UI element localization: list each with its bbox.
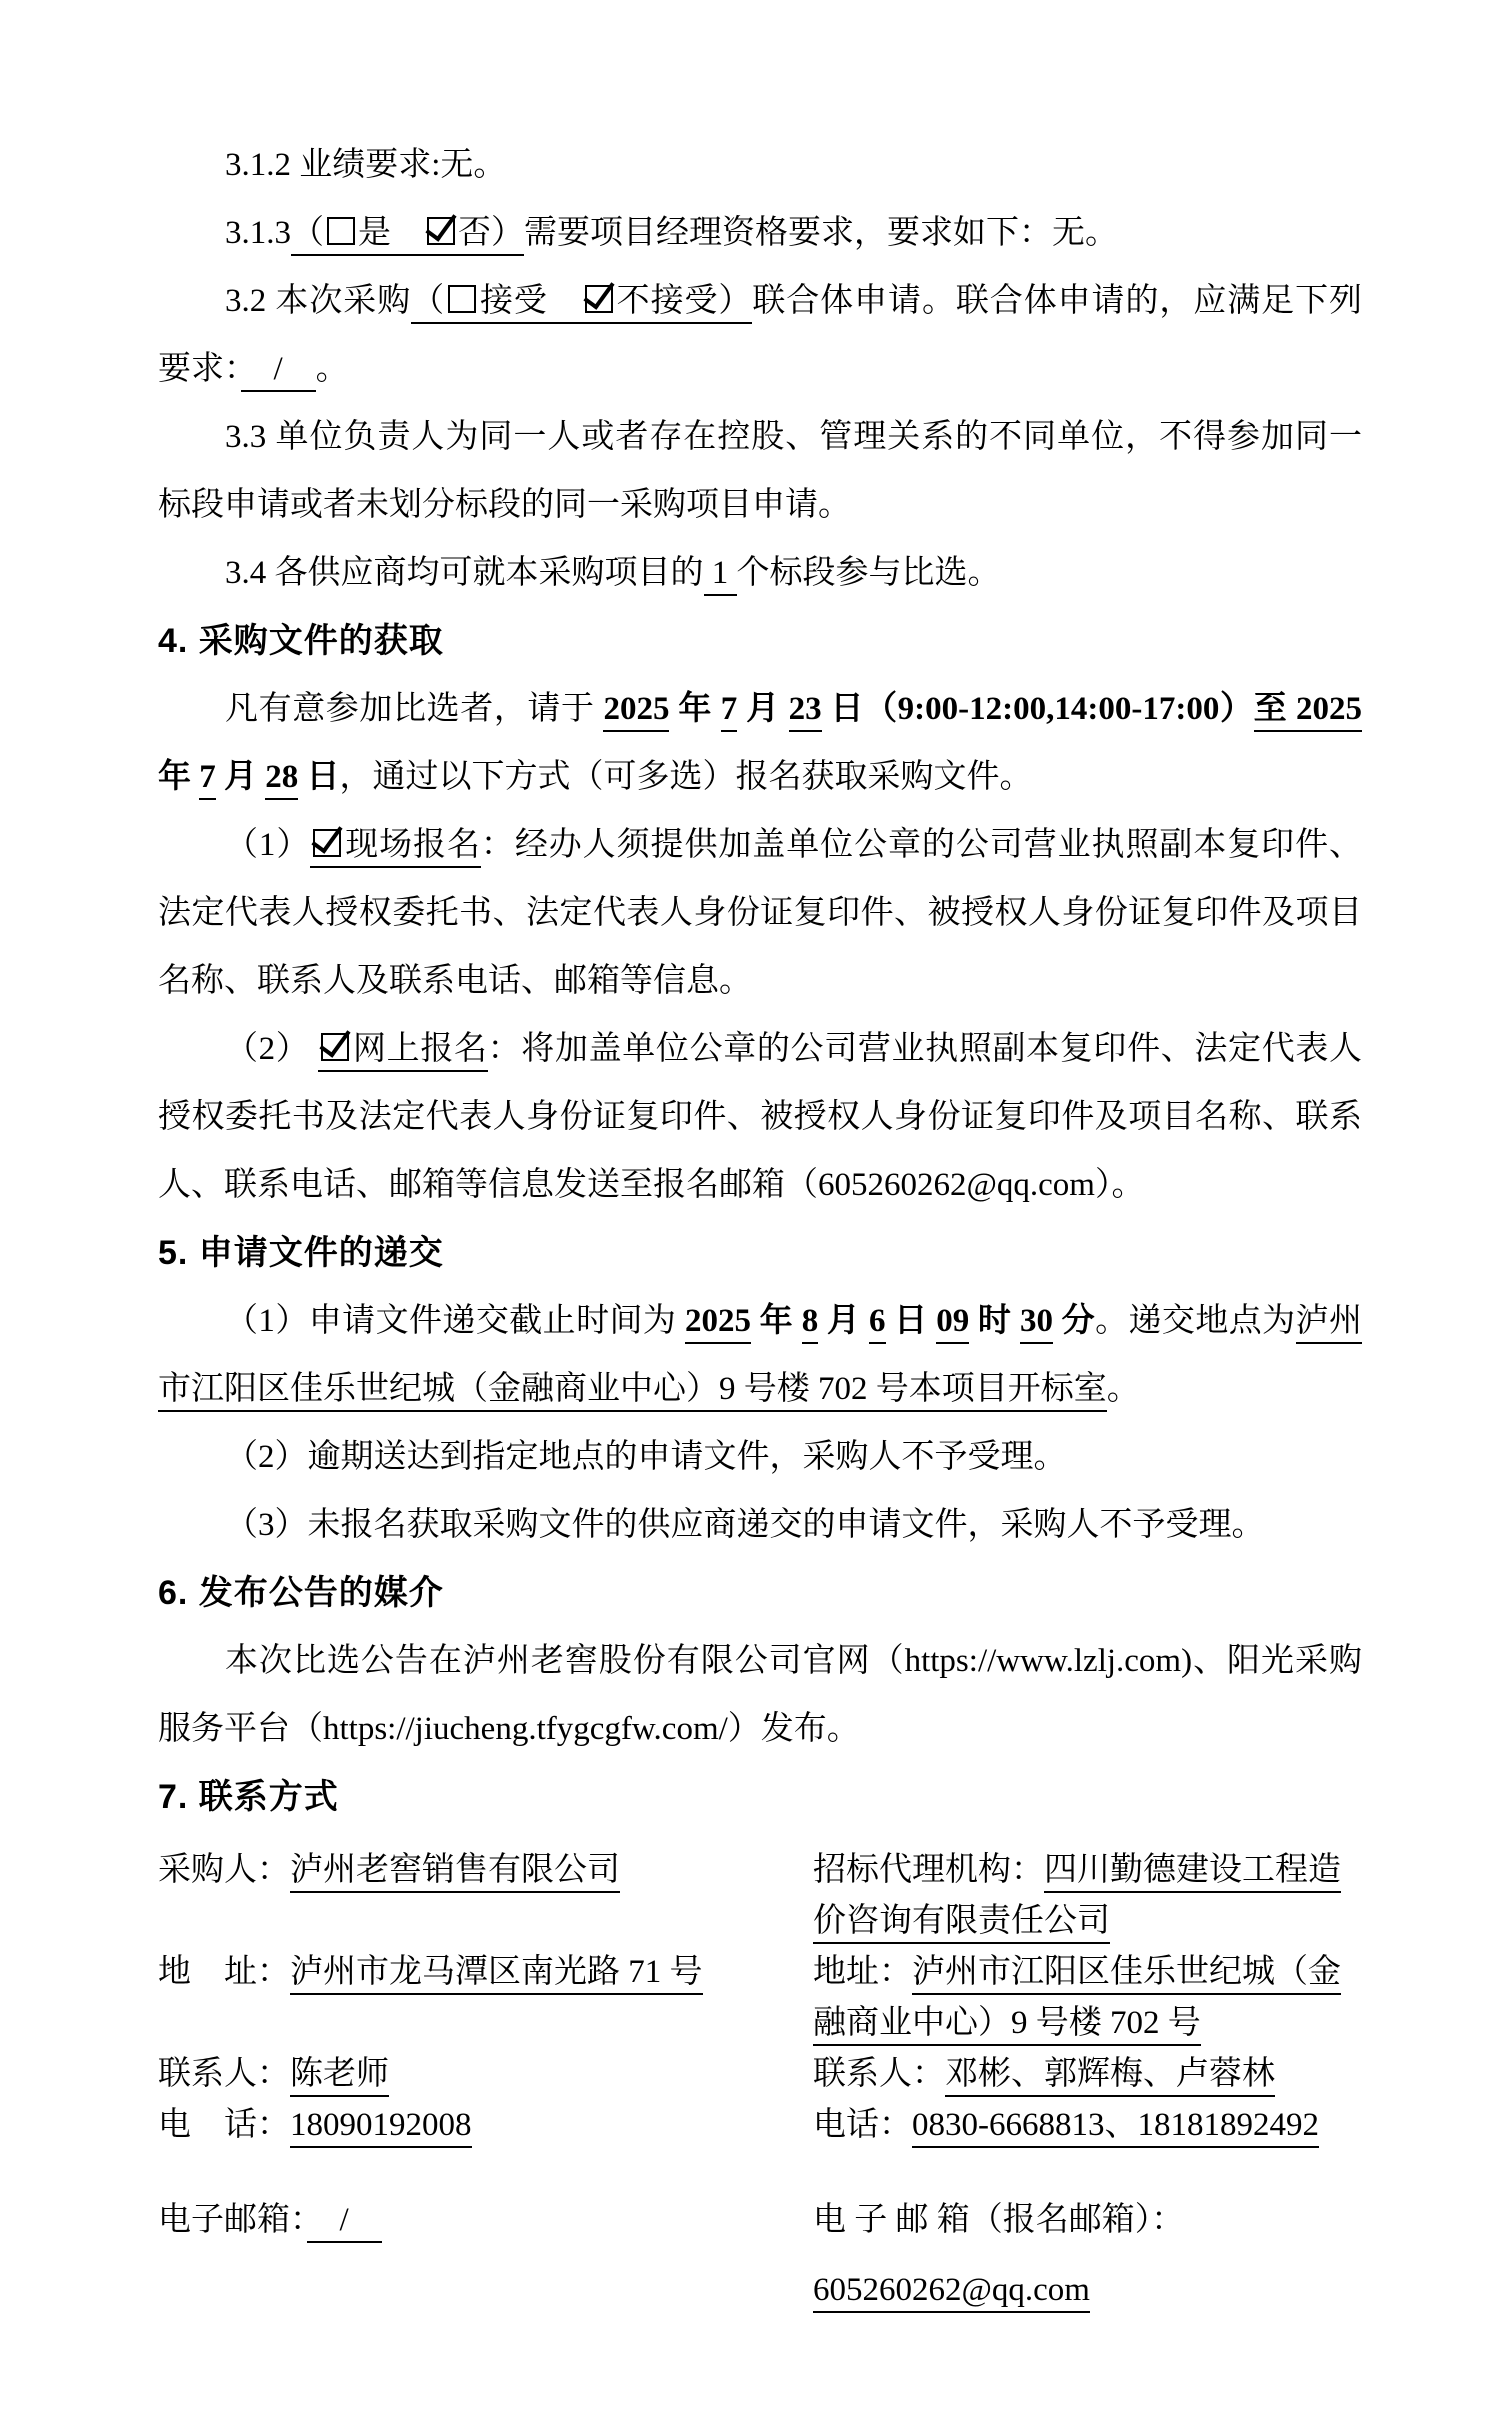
- agency-address-line2: 融商业中心）9 号楼 702 号: [813, 2005, 1201, 2046]
- option-yes-label: 是: [358, 215, 391, 251]
- year-blank: 2025: [685, 1303, 751, 1344]
- para-5-1: （1）申请文件递交截止时间为 2025 年 8 月 6 日 09 时 30 分。…: [158, 1287, 1362, 1423]
- para-3-4-lead: 3.4 各供应商均可就本采购项目的: [225, 555, 704, 591]
- month-label: 月: [818, 1303, 869, 1339]
- section-5-heading: 5. 申请文件的递交: [158, 1219, 1362, 1287]
- checkbox-unchecked-yes-icon: [327, 217, 355, 245]
- year-label: 年: [669, 691, 720, 727]
- contact-row-email: 电子邮箱： / 电 子 邮 箱（报名邮箱）：: [158, 2195, 1362, 2246]
- item-2-marker: （2）: [225, 1031, 318, 1067]
- time-window: 日（9:00-12:00,14:00-17:00）: [822, 691, 1254, 727]
- para-3-1-3-num: 3.1.3: [225, 215, 291, 251]
- para-4-1: 凡有意参加比选者，请于 2025 年 7 月 23 日（9:00-12:00,1…: [158, 675, 1362, 811]
- contact-row-gap: [158, 2151, 1362, 2195]
- checkbox-checked-onsite-icon: [313, 829, 341, 857]
- purchaser-value: 泸州老窖销售有限公司: [290, 1852, 620, 1893]
- year-label: 年: [751, 1303, 802, 1339]
- document-body: 3.1.2 业绩要求:无。 3.1.3（是 否）需要项目经理资格要求，要求如下：…: [0, 0, 1500, 2316]
- onsite-option: 现场报名: [310, 827, 481, 868]
- day-label: 日: [298, 759, 339, 795]
- paren-open: （: [291, 215, 324, 251]
- deadline-bold: 2025 年 8 月 6 日 09 时 30 分: [685, 1303, 1095, 1344]
- checkbox-checked-online-icon: [321, 1033, 349, 1061]
- hour-label: 时: [969, 1303, 1020, 1339]
- day-blank: 6: [869, 1303, 886, 1344]
- para-4-onsite: （1）现场报名：经办人须提供加盖单位公章的公司营业执照副本复印件、法定代表人授权…: [158, 811, 1362, 1015]
- option-separator: [391, 215, 424, 251]
- day-label: 日: [886, 1303, 937, 1339]
- contact-row-agency-wrap: 价咨询有限责任公司: [158, 1896, 1362, 1947]
- agency-phone-value: 0830-6668813、18181892492: [912, 2107, 1319, 2148]
- option-reject-label: 不接受）: [616, 283, 753, 319]
- paren-open: （: [411, 283, 445, 319]
- contact-row-address-wrap: 融商业中心）9 号楼 702 号: [158, 1998, 1362, 2049]
- para-5-1-mid: 。递交地点为: [1095, 1303, 1296, 1339]
- para-6-1: 本次比选公告在泸州老窖股份有限公司官网（https://www.lzlj.com…: [158, 1627, 1362, 1763]
- purchaser-email-label: 电子邮箱：: [158, 2202, 307, 2238]
- purchaser-contact-value: 陈老师: [290, 2056, 389, 2097]
- agency-address-line1: 泸州市江阳区佳乐世纪城（金: [912, 1954, 1341, 1995]
- to-year-blank: 至 2025: [1254, 691, 1362, 732]
- agency-label: 招标代理机构：: [813, 1852, 1044, 1888]
- section-6-heading: 6. 发布公告的媒介: [158, 1559, 1362, 1627]
- agency-value-line1: 四川勤德建设工程造: [1044, 1852, 1341, 1893]
- onsite-label: 现场报名: [344, 827, 481, 863]
- contact-row-person: 联系人：陈老师 联系人：邓彬、郭辉梅、卢蓉林: [158, 2049, 1362, 2100]
- para-4-online: （2） 网上报名：将加盖单位公章的公司营业执照副本复印件、法定代表人授权委托书及…: [158, 1015, 1362, 1219]
- agency-contact-value: 邓彬、郭辉梅、卢蓉林: [945, 2056, 1275, 2097]
- contact-row-address: 地 址：泸州市龙马潭区南光路 71 号 地址：泸州市江阳区佳乐世纪城（金: [158, 1947, 1362, 1998]
- checkbox-checked-reject-icon: [585, 285, 613, 313]
- day-blank: 23: [789, 691, 822, 732]
- lot-count-blank: 1: [704, 555, 737, 596]
- month-label: 月: [216, 759, 266, 795]
- para-4-1-lead: 凡有意参加比选者，请于: [225, 691, 603, 727]
- para-3-1-2: 3.1.2 业绩要求:无。: [158, 131, 1362, 199]
- para-5-3: （3）未报名获取采购文件的供应商递交的申请文件，采购人不予受理。: [158, 1491, 1362, 1559]
- agency-email-value: 605260262@qq.com: [813, 2272, 1090, 2313]
- purchaser-phone-label: 电 话：: [158, 2107, 290, 2143]
- checkbox-unchecked-accept-icon: [448, 285, 476, 313]
- minute-blank: 30: [1020, 1303, 1053, 1344]
- para-3-2: 3.2 本次采购（接受 不接受）联合体申请。联合体申请的，应满足下列要求： / …: [158, 267, 1362, 403]
- agency-contact-label: 联系人：: [813, 2056, 945, 2092]
- para-3-4: 3.4 各供应商均可就本采购项目的 1 个标段参与比选。: [158, 539, 1362, 607]
- month-label: 月: [737, 691, 788, 727]
- section-4-heading: 4. 采购文件的获取: [158, 607, 1362, 675]
- para-6-1-text: 本次比选公告在泸州老窖股份有限公司官网（https://www.lzlj.com…: [158, 1643, 1362, 1747]
- agency-value-line2: 价咨询有限责任公司: [813, 1903, 1110, 1944]
- document-page: 3.1.2 业绩要求:无。 3.1.3（是 否）需要项目经理资格要求，要求如下：…: [0, 0, 1500, 2422]
- option-accept-label: 接受: [479, 283, 548, 319]
- option-separator: [548, 283, 582, 319]
- para-3-2-end: 。: [316, 351, 349, 387]
- filled-blank-accept: （接受 不接受）: [411, 283, 752, 324]
- para-3-3-text: 3.3 单位负责人为同一人或者存在控股、管理关系的不同单位，不得参加同一标段申请…: [158, 419, 1362, 523]
- contact-row-phone: 电 话：18090192008 电话：0830-6668813、18181892…: [158, 2100, 1362, 2151]
- para-3-4-tail: 个标段参与比选。: [737, 555, 1001, 591]
- month-blank: 7: [199, 759, 216, 800]
- para-5-2-text: （2）逾期送达到指定地点的申请文件，采购人不予受理。: [225, 1439, 1067, 1475]
- minute-label: 分: [1053, 1303, 1095, 1339]
- section-7-heading: 7. 联系方式: [158, 1763, 1362, 1831]
- para-4-1-tail: ，通过以下方式（可多选）报名获取采购文件。: [340, 759, 1033, 795]
- slash-blank: /: [241, 351, 316, 392]
- month-blank: 7: [721, 691, 738, 732]
- para-3-2-lead: 3.2 本次采购: [225, 283, 411, 319]
- para-5-3-text: （3）未报名获取采购文件的供应商递交的申请文件，采购人不予受理。: [225, 1507, 1265, 1543]
- para-3-1-2-text: 3.1.2 业绩要求:无。: [225, 147, 506, 183]
- agency-email-label: 电 子 邮 箱（报名邮箱）：: [813, 2202, 1184, 2238]
- online-option: 网上报名: [318, 1031, 487, 1072]
- year-label: 年: [158, 759, 199, 795]
- purchaser-contact-label: 联系人：: [158, 2056, 290, 2092]
- para-3-1-3: 3.1.3（是 否）需要项目经理资格要求，要求如下：无。: [158, 199, 1362, 267]
- hour-blank: 09: [936, 1303, 969, 1344]
- purchaser-address-value: 泸州市龙马潭区南光路 71 号: [290, 1954, 703, 1995]
- year-blank: 2025: [603, 691, 669, 732]
- checkbox-checked-no-icon: [427, 217, 455, 245]
- item-1-marker: （1）: [225, 827, 310, 863]
- online-label: 网上报名: [352, 1031, 487, 1067]
- para-5-1-end: 。: [1107, 1371, 1140, 1407]
- purchaser-address-label: 地 址：: [158, 1954, 290, 1990]
- month-blank: 8: [802, 1303, 819, 1344]
- purchaser-label: 采购人：: [158, 1852, 290, 1888]
- para-5-2: （2）逾期送达到指定地点的申请文件，采购人不予受理。: [158, 1423, 1362, 1491]
- agency-address-label: 地址：: [813, 1954, 912, 1990]
- day-blank: 28: [265, 759, 298, 800]
- para-3-3: 3.3 单位负责人为同一人或者存在控股、管理关系的不同单位，不得参加同一标段申请…: [158, 403, 1362, 539]
- para-3-1-3-rest: 需要项目经理资格要求，要求如下：无。: [524, 215, 1118, 251]
- contact-row-purchaser: 采购人：泸州老窖销售有限公司 招标代理机构：四川勤德建设工程造: [158, 1845, 1362, 1896]
- para-5-1-pre: （1）申请文件递交截止时间为: [225, 1303, 685, 1339]
- filled-blank-yes-no: （是 否）: [291, 215, 524, 256]
- agency-phone-label: 电话：: [813, 2107, 912, 2143]
- purchaser-phone-value: 18090192008: [290, 2107, 472, 2148]
- contact-row-email-value: 605260262@qq.com: [158, 2246, 1362, 2316]
- purchaser-email-blank: /: [307, 2202, 382, 2243]
- option-no-label: 否）: [458, 215, 524, 251]
- contact-table: 采购人：泸州老窖销售有限公司 招标代理机构：四川勤德建设工程造 价咨询有限责任公…: [158, 1845, 1362, 2316]
